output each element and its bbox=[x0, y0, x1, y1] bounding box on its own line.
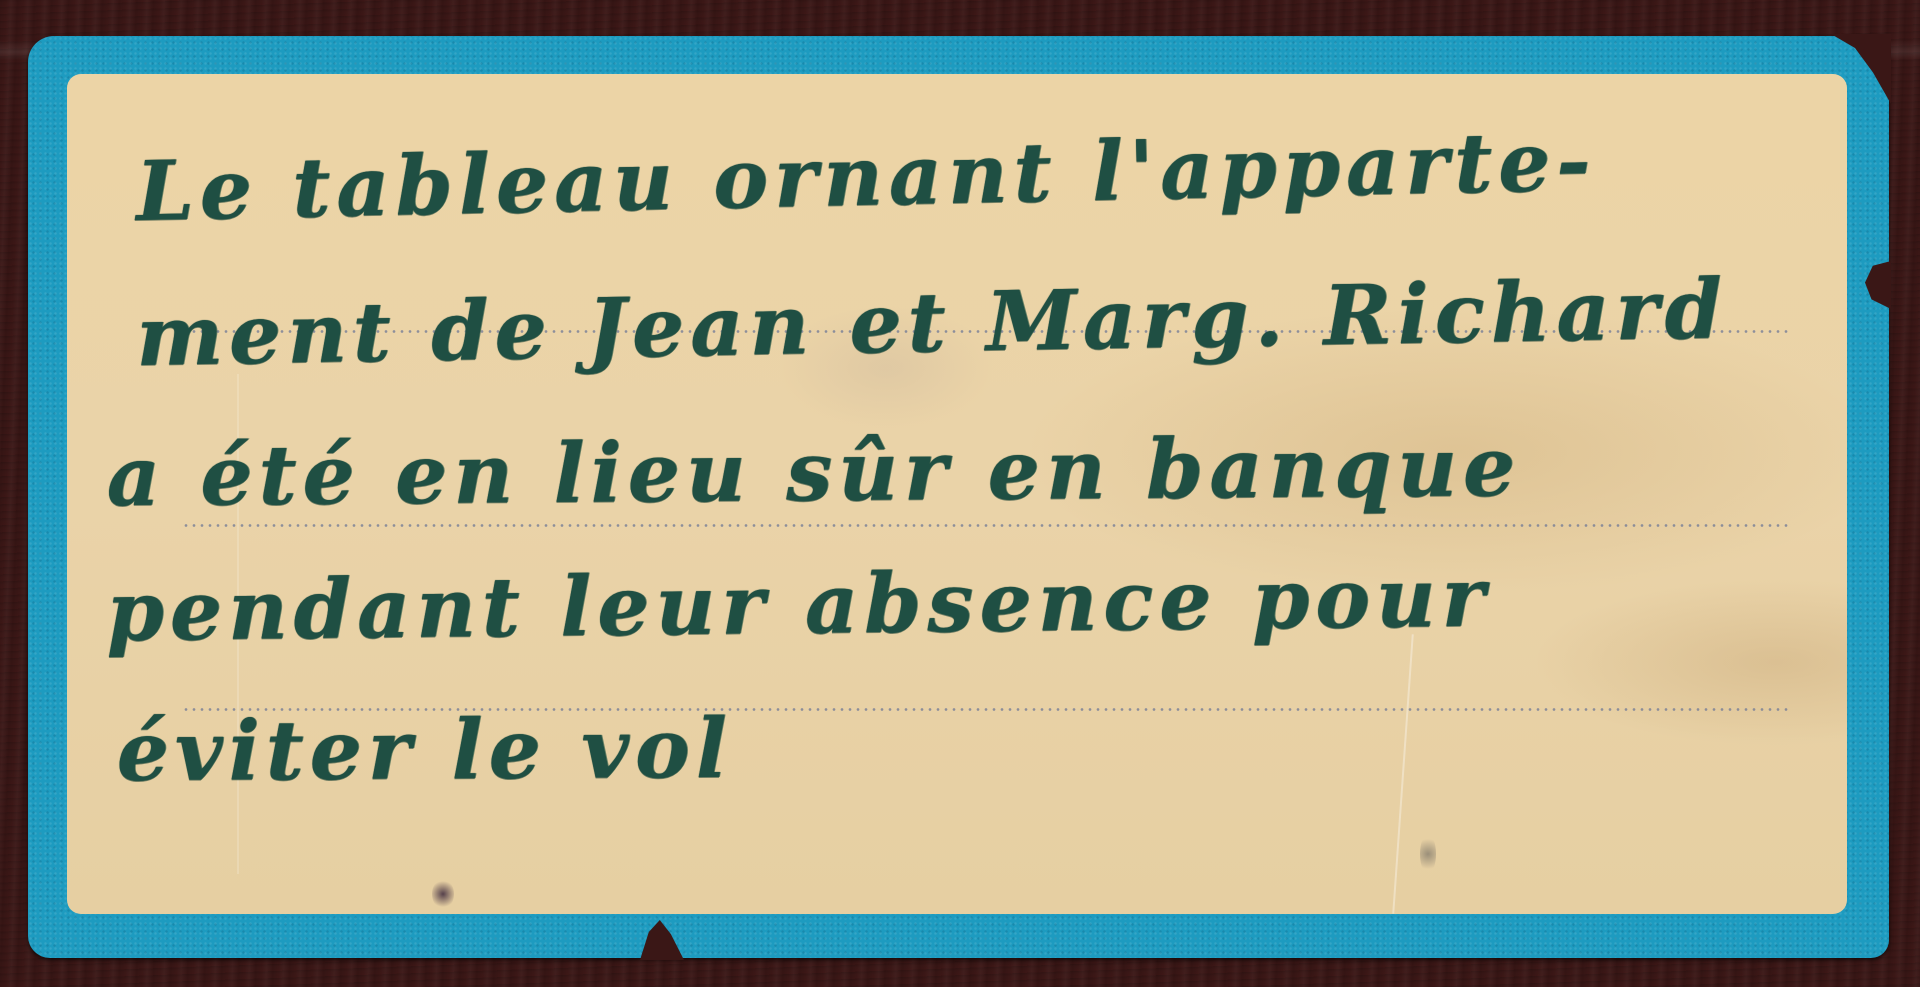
handwritten-line-4: pendant leur absence pour bbox=[106, 550, 1491, 660]
handwritten-line-5: éviter le vol bbox=[116, 701, 733, 800]
label-paper: Le tableau ornant l'apparte- ment de Jea… bbox=[67, 74, 1847, 914]
paper-crease bbox=[1392, 634, 1414, 913]
dotted-rule bbox=[182, 524, 1792, 527]
handwritten-line-3: a été en lieu sûr en banque bbox=[106, 419, 1521, 525]
torn-edge-bottom bbox=[640, 920, 684, 960]
ink-stain bbox=[1420, 834, 1436, 874]
handwritten-line-1: Le tableau ornant l'apparte- bbox=[135, 113, 1597, 240]
ink-stain bbox=[432, 879, 454, 909]
handwritten-line-2: ment de Jean et Marg. Richard bbox=[135, 261, 1728, 385]
label-card-border: Le tableau ornant l'apparte- ment de Jea… bbox=[28, 36, 1889, 958]
